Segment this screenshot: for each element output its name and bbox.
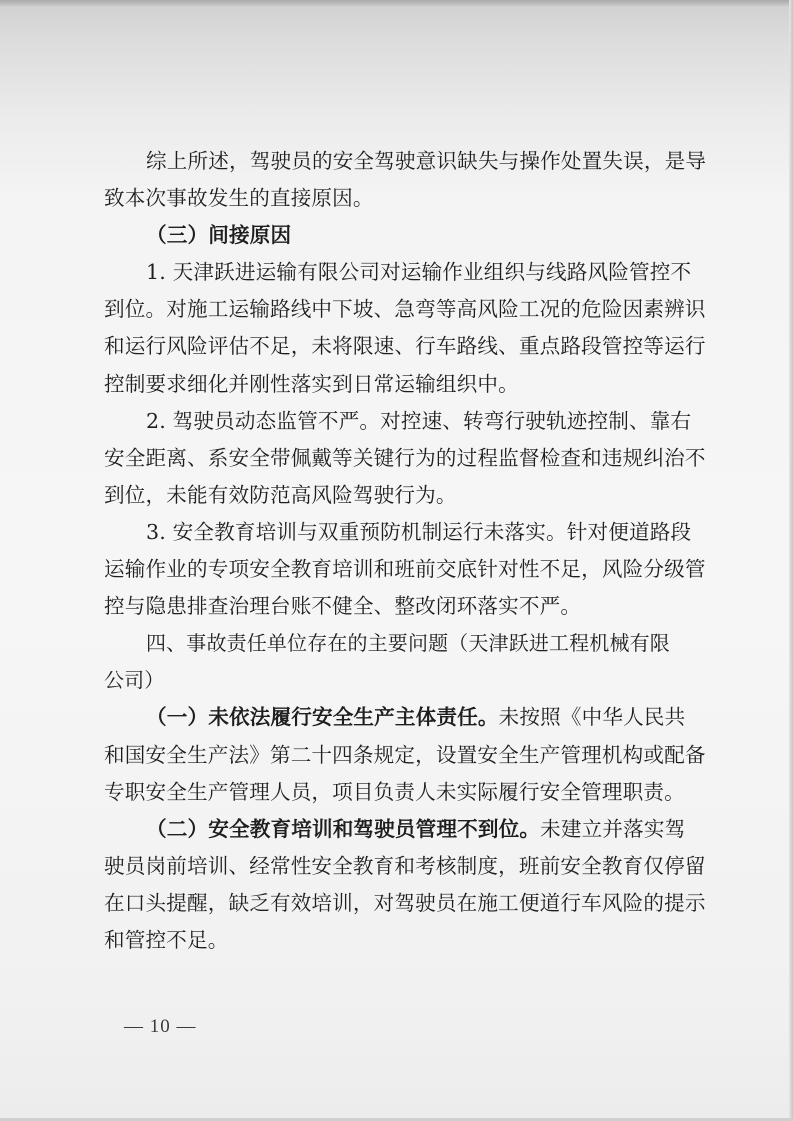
scan-right-edge [789,0,793,1121]
item-1-line-3: 和运行风险评估不足，未将限速、行车路线、重点路段管控等运行 [104,328,694,365]
item-3-line-1: 3. 安全教育培训与双重预防机制运行未落实。针对便道路段 [104,514,694,551]
line-text: 控与隐患排查治理台账不健全、整改闭环落实不严。 [104,594,581,618]
section-heading-main-problems-line-2: 公司） [104,662,694,699]
item-2-line-3: 到位，未能有效防范高风险驾驶行为。 [104,477,694,514]
subsection-2-line-4: 和管控不足。 [104,922,694,959]
subsection-heading: （一）未依法履行安全生产主体责任。 [146,705,499,729]
item-3-line-2: 运输作业的专项安全教育培训和班前交底针对性不足，风险分级管 [104,551,694,588]
item-1-line-1: 1. 天津跃进运输有限公司对运输作业组织与线路风险管控不 [104,254,694,291]
line-text: 致本次事故发生的直接原因。 [104,186,374,210]
line-text: 未建立并落实驾 [540,817,685,841]
subsection-1-line-2: 和国安全生产法》第二十四条规定，设置安全生产管理机构或配备 [104,737,694,774]
line-text: 安全距离、系安全带佩戴等关键行为的过程监督检查和违规纠治不 [104,446,706,470]
paragraph-summary-line-2: 致本次事故发生的直接原因。 [104,180,694,217]
line-text: 和管控不足。 [104,928,228,952]
line-text: 1. 天津跃进运输有限公司对运输作业组织与线路风险管控不 [146,260,691,284]
heading-text: 公司） [104,668,164,692]
section-heading-indirect-causes: （三）间接原因 [104,217,694,254]
line-text: 控制要求细化并刚性落实到日常运输组织中。 [104,372,519,396]
subsection-2-line-2: 驶员岗前培训、经常性安全教育和考核制度，班前安全教育仅停留 [104,848,694,885]
line-text: 和国安全生产法》第二十四条规定，设置安全生产管理机构或配备 [104,743,706,767]
line-text: 驶员岗前培训、经常性安全教育和考核制度，班前安全教育仅停留 [104,854,706,878]
line-text: 专职安全生产管理人员，项目负责人未实际履行安全管理职责。 [104,780,685,804]
line-text: 在口头提醒，缺乏有效培训，对驾驶员在施工便道行车风险的提示 [104,891,706,915]
document-body: 综上所述，驾驶员的安全驾驶意识缺失与操作处置失误，是导 致本次事故发生的直接原因… [104,143,694,959]
item-2-line-2: 安全距离、系安全带佩戴等关键行为的过程监督检查和违规纠治不 [104,440,694,477]
line-text: 到位，未能有效防范高风险驾驶行为。 [104,483,457,507]
section-heading-main-problems-line-1: 四、事故责任单位存在的主要问题（天津跃进工程机械有限 [104,625,694,662]
line-text: 2. 驾驶员动态监管不严。对控速、转弯行驶轨迹控制、靠右 [146,409,691,433]
item-1-line-4: 控制要求细化并刚性落实到日常运输组织中。 [104,366,694,403]
item-1-line-2: 到位。对施工运输路线中下坡、急弯等高风险工况的危险因素辨识 [104,291,694,328]
item-3-line-3: 控与隐患排查治理台账不健全、整改闭环落实不严。 [104,588,694,625]
line-text: 综上所述，驾驶员的安全驾驶意识缺失与操作处置失误，是导 [146,149,706,173]
subsection-heading: （二）安全教育培训和驾驶员管理不到位。 [146,817,540,841]
page-number: — 10 — [124,1016,197,1038]
line-text: 到位。对施工运输路线中下坡、急弯等高风险工况的危险因素辨识 [104,297,706,321]
subsection-1-line-3: 专职安全生产管理人员，项目负责人未实际履行安全管理职责。 [104,774,694,811]
scan-top-edge [0,0,793,6]
line-text: 运输作业的专项安全教育培训和班前交底针对性不足，风险分级管 [104,557,706,581]
item-2-line-1: 2. 驾驶员动态监管不严。对控速、转弯行驶轨迹控制、靠右 [104,403,694,440]
line-text: 未按照《中华人民共 [499,705,686,729]
subsection-2-line-1: （二）安全教育培训和驾驶员管理不到位。未建立并落实驾 [104,811,694,848]
line-text: 和运行风险评估不足，未将限速、行车路线、重点路段管控等运行 [104,334,706,358]
heading-text: 四、事故责任单位存在的主要问题（天津跃进工程机械有限 [146,631,670,655]
subsection-2-line-3: 在口头提醒，缺乏有效培训，对驾驶员在施工便道行车风险的提示 [104,885,694,922]
line-text: 3. 安全教育培训与双重预防机制运行未落实。针对便道路段 [146,520,691,544]
paragraph-summary-line-1: 综上所述，驾驶员的安全驾驶意识缺失与操作处置失误，是导 [104,143,694,180]
heading-text: （三）间接原因 [146,223,291,247]
subsection-1-line-1: （一）未依法履行安全生产主体责任。未按照《中华人民共 [104,699,694,736]
